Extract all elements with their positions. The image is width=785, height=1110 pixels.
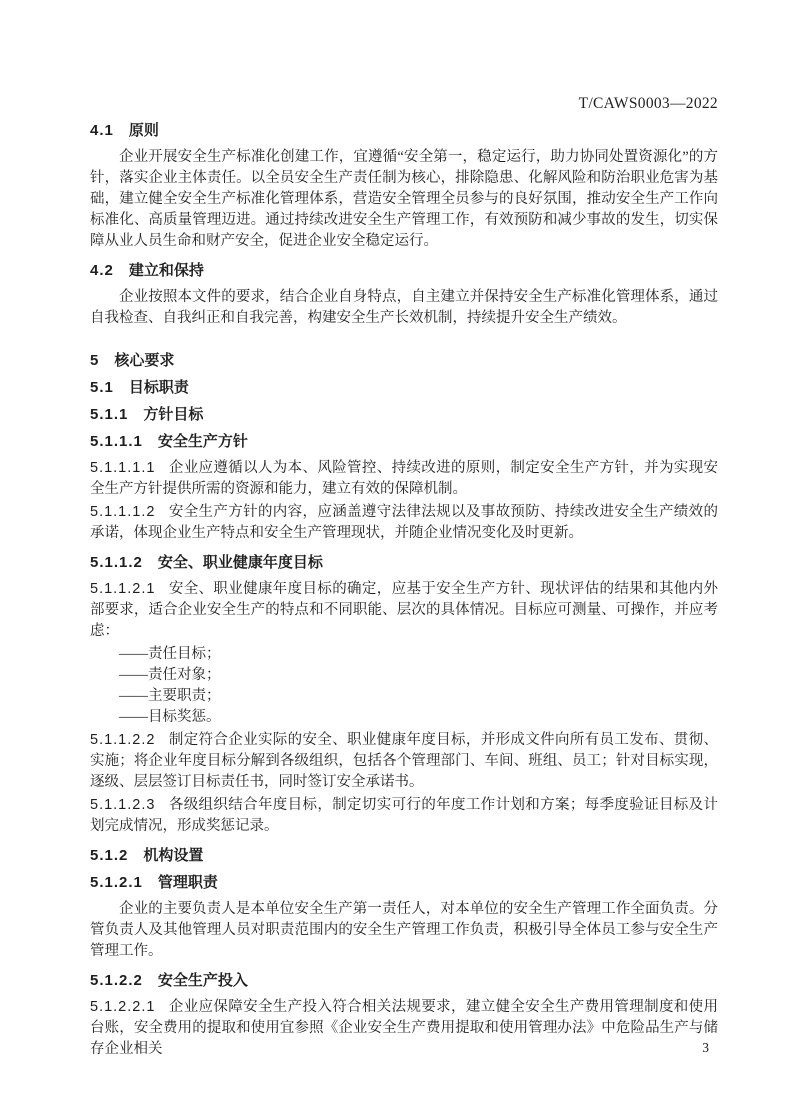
section-heading-4-2: 4.2建立和保持	[90, 263, 718, 279]
section-heading-5-1-2-2: 5.1.2.2安全生产投入	[90, 973, 718, 989]
section-number: 4.2	[90, 262, 114, 279]
clause-5-1-1-2-1: 5.1.1.2.1安全、职业健康年度目标的确定，应基于安全生产方针、现状评估的结…	[90, 579, 718, 642]
page-number: 3	[702, 1040, 709, 1056]
section-heading-5-1-1-1: 5.1.1.1安全生产方针	[90, 434, 718, 450]
section-heading-4-1: 4.1原则	[90, 123, 718, 139]
clause-number: 5.1.1.2.3	[90, 797, 155, 813]
clause-text: 制定符合企业实际的安全、职业健康年度目标，并形成文件向所有员工发布、贯彻、实施；…	[90, 732, 718, 790]
section-heading-5-1-2: 5.1.2机构设置	[90, 848, 718, 864]
dash-list-item: ——主要职责；	[90, 686, 718, 707]
section-title: 安全生产投入	[158, 972, 248, 989]
section-heading-5-1-1: 5.1.1方针目标	[90, 407, 718, 423]
clause-number: 5.1.1.2.1	[90, 581, 155, 597]
dash-list-item: ——目标奖惩。	[90, 707, 718, 728]
section-number: 5.1.2.2	[90, 972, 143, 989]
section-title: 管理职责	[158, 874, 218, 891]
section-title: 方针目标	[143, 406, 203, 423]
section-title: 安全、职业健康年度目标	[158, 554, 323, 571]
paragraph-4-1: 企业开展安全生产标准化创建工作，宜遵循“安全第一，稳定运行，助力协同处置资源化”…	[90, 147, 718, 252]
dash-list: ——责任目标； ——责任对象； ——主要职责； ——目标奖惩。	[90, 644, 718, 728]
section-number: 5.1.2.1	[90, 874, 143, 891]
section-number: 5.1.1.1	[90, 433, 143, 450]
clause-5-1-1-1-1: 5.1.1.1.1企业应遵循以人为本、风险管控、持续改进的原则，制定安全生产方针…	[90, 458, 718, 500]
section-number: 4.1	[90, 122, 114, 139]
section-heading-5-1-1-2: 5.1.1.2安全、职业健康年度目标	[90, 555, 718, 571]
doc-code: T/CAWS0003—2022	[579, 95, 718, 112]
clause-5-1-1-2-3: 5.1.1.2.3各级组织结合年度目标，制定切实可行的年度工作计划和方案；每季度…	[90, 795, 718, 837]
dash-list-item: ——责任目标；	[90, 644, 718, 665]
section-title: 目标职责	[129, 379, 189, 396]
section-heading-5-1: 5.1目标职责	[90, 380, 718, 396]
paragraph-5-1-2-1: 企业的主要负责人是本单位安全生产第一责任人，对本单位的安全生产管理工作全面负责。…	[90, 899, 718, 962]
section-title: 原则	[129, 122, 159, 139]
clause-number: 5.1.1.1.1	[90, 460, 155, 476]
clause-text: 各级组织结合年度目标，制定切实可行的年度工作计划和方案；每季度验证目标及计划完成…	[90, 797, 718, 834]
clause-text: 安全生产方针的内容，应涵盖遵守法律法规以及事故预防、持续改进安全生产绩效的承诺，…	[90, 504, 718, 541]
clause-text: 安全、职业健康年度目标的确定，应基于安全生产方针、现状评估的结果和其他内外部要求…	[90, 581, 718, 639]
section-title: 核心要求	[114, 352, 174, 369]
section-number: 5.1.1	[90, 406, 128, 423]
section-title: 安全生产方针	[158, 433, 248, 450]
section-title: 建立和保持	[129, 262, 204, 279]
section-number: 5	[90, 352, 99, 369]
dash-list-item: ——责任对象；	[90, 665, 718, 686]
page-header: T/CAWS0003—2022	[90, 96, 718, 112]
clause-number: 5.1.2.2.1	[90, 999, 155, 1015]
section-title: 机构设置	[143, 847, 203, 864]
clause-5-1-2-2-1: 5.1.2.2.1企业应保障安全生产投入符合相关法规要求，建立健全安全生产费用管…	[90, 997, 718, 1060]
section-number: 5.1	[90, 379, 114, 396]
paragraph-4-2: 企业按照本文件的要求，结合企业自身特点，自主建立并保持安全生产标准化管理体系，通…	[90, 287, 718, 329]
clause-number: 5.1.1.1.2	[90, 504, 155, 520]
clause-5-1-1-1-2: 5.1.1.1.2安全生产方针的内容，应涵盖遵守法律法规以及事故预防、持续改进安…	[90, 502, 718, 544]
document-page: T/CAWS0003—2022 4.1原则 企业开展安全生产标准化创建工作，宜遵…	[0, 0, 785, 1110]
clause-text: 企业应保障安全生产投入符合相关法规要求，建立健全安全生产费用管理制度和使用台账，…	[90, 999, 718, 1057]
clause-number: 5.1.1.2.2	[90, 732, 155, 748]
clause-text: 企业应遵循以人为本、风险管控、持续改进的原则，制定安全生产方针，并为实现安全生产…	[90, 460, 718, 497]
section-number: 5.1.2	[90, 847, 128, 864]
section-heading-5-1-2-1: 5.1.2.1管理职责	[90, 875, 718, 891]
chapter-heading-5: 5核心要求	[90, 353, 718, 369]
section-number: 5.1.1.2	[90, 554, 143, 571]
clause-5-1-1-2-2: 5.1.1.2.2制定符合企业实际的安全、职业健康年度目标，并形成文件向所有员工…	[90, 730, 718, 793]
